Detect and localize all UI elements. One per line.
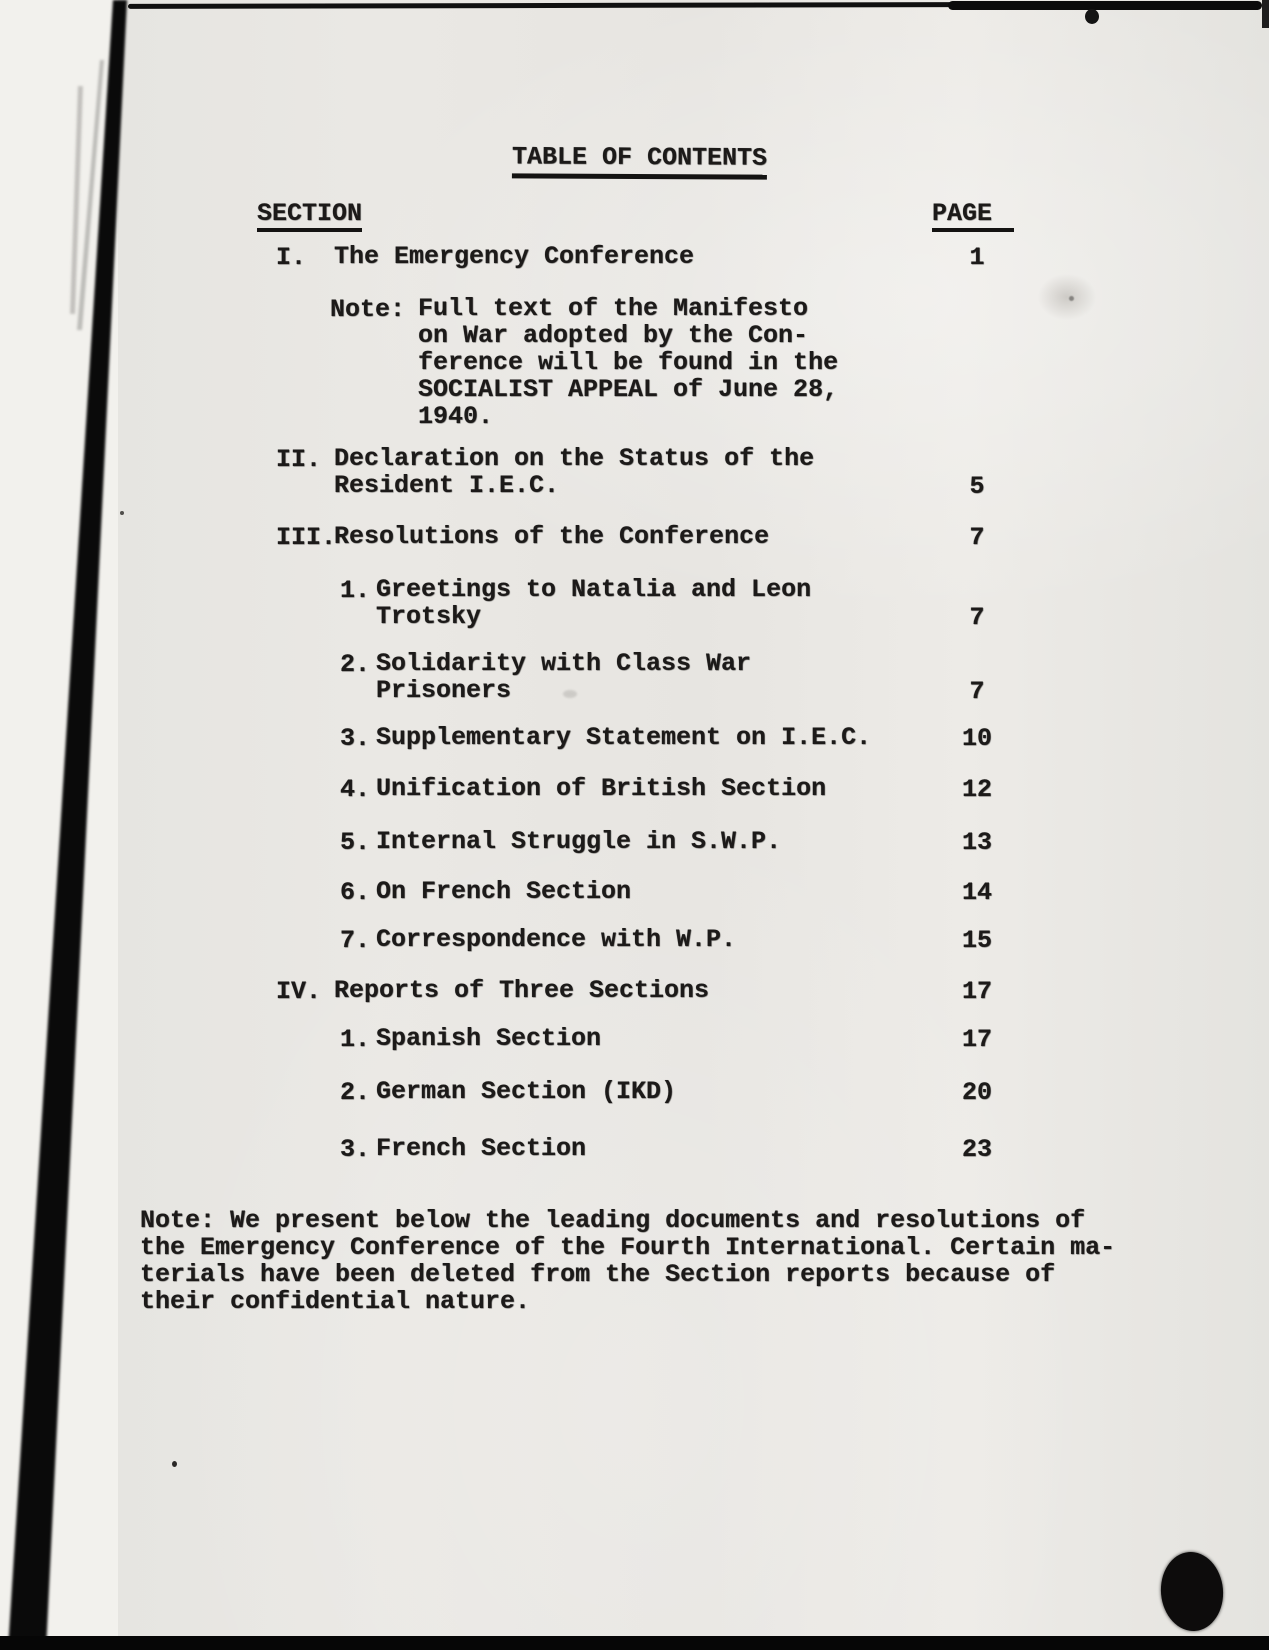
entry-page-number: 20 (956, 1078, 998, 1107)
entry-page-number: 5 (956, 472, 998, 501)
entry-numeral: 2. (340, 650, 370, 679)
column-header-section: SECTION (257, 200, 362, 232)
toc-entry-ii: II. Declaration on the Status of the Res… (0, 445, 1269, 505)
entry-text: German Section (IKD) (376, 1078, 676, 1105)
entry-text: Solidarity with Class War (376, 650, 751, 677)
entry-numeral: II. (276, 445, 321, 474)
entry-text: The Emergency Conference (334, 243, 694, 270)
entry-page-number: 13 (956, 828, 998, 857)
entry-page-number: 23 (956, 1135, 998, 1164)
note-line: on War adopted by the Con- (418, 322, 838, 349)
scan-corner-mark (1262, 0, 1269, 28)
entry-page-number: 14 (956, 878, 998, 907)
entry-page-number: 17 (956, 1025, 998, 1054)
entry-text: French Section (376, 1135, 586, 1162)
entry-page-number: 12 (956, 775, 998, 804)
entry-page-number: 1 (956, 243, 998, 272)
note-line: SOCIALIST APPEAL of June 28, (418, 376, 838, 403)
toc-subentry-solidarity: 2. Solidarity with Class War Prisoners 7 (0, 650, 1269, 710)
entry-numeral: 3. (340, 1135, 370, 1164)
toc-subentry-german-section: 2. German Section (IKD) 20 (0, 1078, 1269, 1138)
ink-dot (1085, 9, 1099, 24)
entry-text: Prisoners (376, 677, 751, 704)
entry-text: Supplementary Statement on I.E.C. (376, 724, 871, 751)
bottom-note: Note: We present below the leading docum… (140, 1207, 1130, 1315)
bottom-note-line: the Emergency Conference of the Fourth I… (140, 1234, 1130, 1261)
scan-edge-bar-bottom (0, 1636, 1269, 1650)
bottom-note-line: terials have been deleted from the Secti… (140, 1261, 1130, 1288)
ink-speck (120, 511, 124, 515)
entry-numeral: 1. (340, 1025, 370, 1054)
entry-numeral: 6. (340, 878, 370, 907)
note-line: 1940. (418, 403, 838, 430)
entry-page-number: 7 (956, 677, 998, 706)
entry-numeral: 7. (340, 926, 370, 955)
entry-numeral: 5. (340, 828, 370, 857)
entry-text: Resolutions of the Conference (334, 523, 769, 550)
entry-text: Declaration on the Status of the (334, 445, 814, 472)
scan-edge-line-top-right (948, 1, 1262, 10)
entry-text: Unification of British Section (376, 775, 826, 802)
note-line: ference will be found in the (418, 349, 838, 376)
entry-text: Internal Struggle in S.W.P. (376, 828, 781, 855)
entry-numeral: 2. (340, 1078, 370, 1107)
entry-page-number: 7 (956, 523, 998, 552)
ink-speck (172, 1461, 177, 1467)
bottom-note-line: their confidential nature. (140, 1288, 1130, 1315)
entry-text: Reports of Three Sections (334, 977, 709, 1004)
entry-numeral: 1. (340, 576, 370, 605)
scanned-document-page: TABLE OF CONTENTS SECTION PAGE I. The Em… (0, 0, 1269, 1650)
entry-page-number: 15 (956, 926, 998, 955)
toc-entry-iii: III. Resolutions of the Conference 7 (0, 523, 1269, 583)
entry-numeral: IV. (276, 977, 321, 1006)
page-title: TABLE OF CONTENTS (512, 143, 767, 179)
entry-text: Greetings to Natalia and Leon (376, 576, 811, 603)
entry-numeral: I. (276, 243, 306, 272)
note-label: Note: (330, 295, 405, 324)
toc-subentry-greetings: 1. Greetings to Natalia and Leon Trotsky… (0, 576, 1269, 636)
entry-text: Resident I.E.C. (334, 472, 814, 499)
entry-numeral: 3. (340, 724, 370, 753)
entry-numeral: 4. (340, 775, 370, 804)
note-line: Full text of the Manifesto (418, 295, 838, 322)
column-header-page: PAGE (932, 200, 1014, 232)
toc-subentry-spanish-section: 1. Spanish Section 17 (0, 1025, 1269, 1085)
toc-subentry-unification: 4. Unification of British Section 12 (0, 775, 1269, 835)
toc-subentry-french-section: 3. French Section 23 (0, 1135, 1269, 1195)
entry-page-number: 10 (956, 724, 998, 753)
entry-page-number: 7 (956, 603, 998, 632)
entry-page-number: 17 (956, 977, 998, 1006)
entry-text: Spanish Section (376, 1025, 601, 1052)
bottom-note-line: Note: We present below the leading docum… (140, 1207, 1130, 1234)
entry-numeral: III. (276, 523, 336, 552)
entry-text: Correspondence with W.P. (376, 926, 736, 953)
entry-text: On French Section (376, 878, 631, 905)
entry-text: Trotsky (376, 603, 811, 630)
